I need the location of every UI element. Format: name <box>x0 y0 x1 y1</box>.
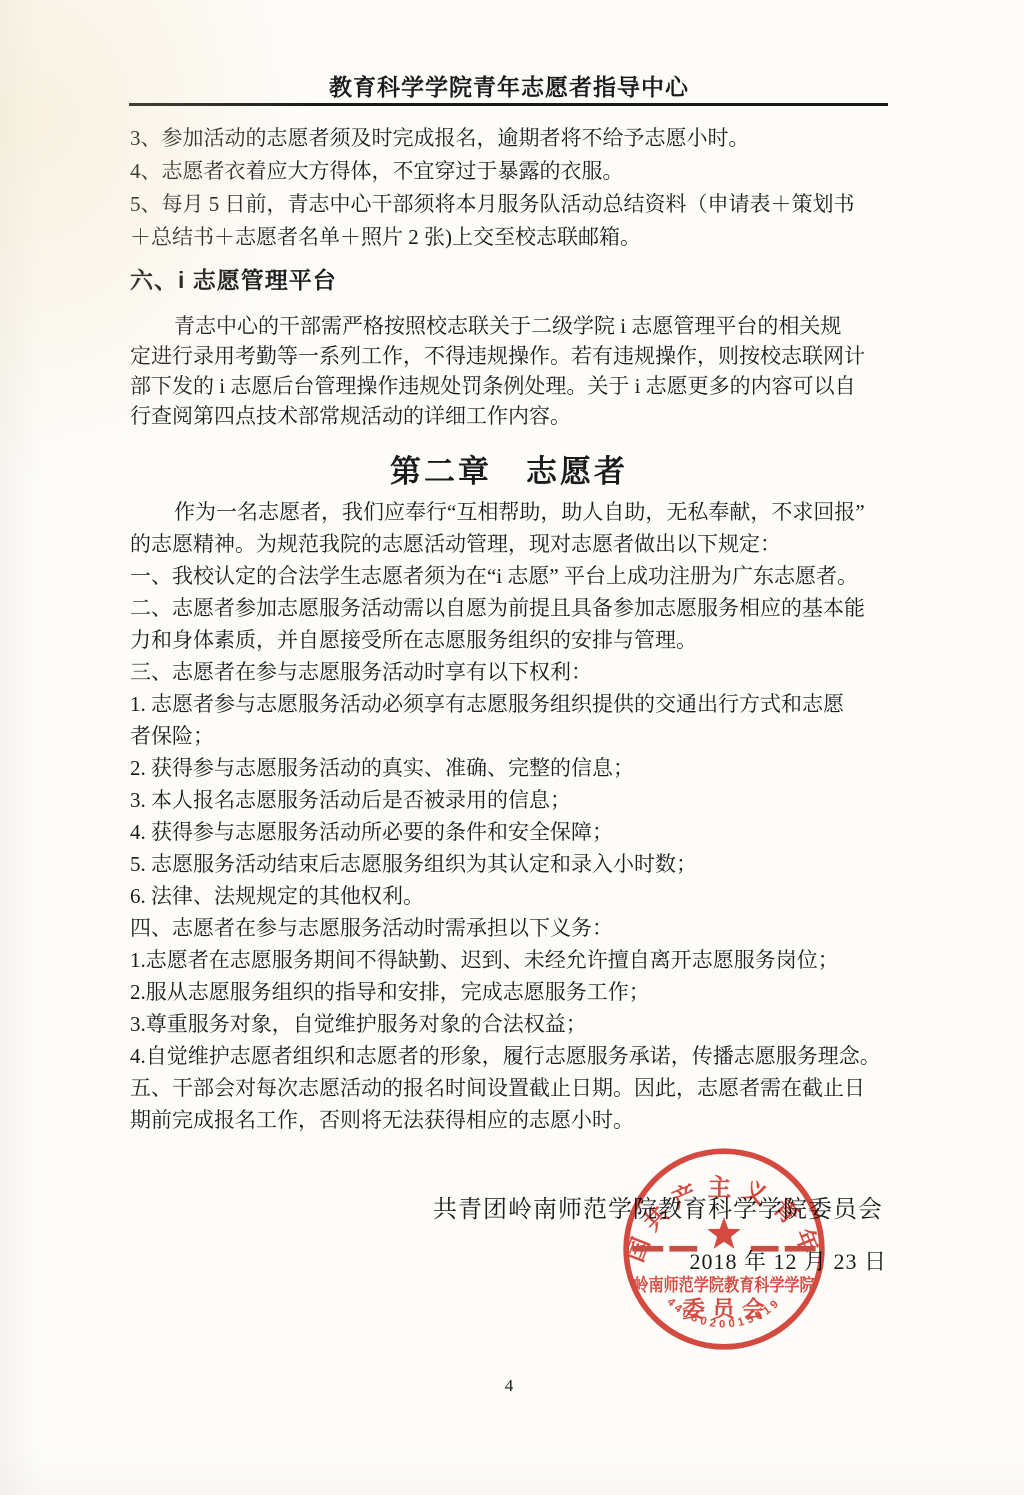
chapter-two-body: 作为一名志愿者，我们应奉行“互相帮助，助人自助，无私奉献，不求回报”的志愿精神。… <box>130 496 900 1136</box>
document-page: 教育科学学院青年志愿者指导中心 3、参加活动的志愿者须及时完成报名，逾期者将不给… <box>0 0 1024 1495</box>
text-line: 的志愿精神。为规范我院的志愿活动管理，现对志愿者做出以下规定： <box>130 528 900 560</box>
text-line: 作为一名志愿者，我们应奉行“互相帮助，助人自助，无私奉献，不求回报” <box>130 496 900 528</box>
text-line: 3、参加活动的志愿者须及时完成报名，逾期者将不给予志愿小时。 <box>130 122 900 155</box>
text-line: 4、志愿者衣着应大方得体，不宜穿过于暴露的衣服。 <box>130 155 900 188</box>
text-line: 5、每月 5 日前，青志中心干部须将本月服务队活动总结资料（申请表＋策划书 <box>130 188 900 221</box>
text-line: ＋总结书＋志愿者名单＋照片 2 张)上交至校志联邮箱。 <box>130 221 900 254</box>
text-line: 期前完成报名工作，否则将无法获得相应的志愿小时。 <box>130 1104 900 1136</box>
chapter-two-heading: 第二章 志愿者 <box>130 446 888 491</box>
text-line: 4. 获得参与志愿服务活动所必要的条件和安全保障； <box>130 816 900 848</box>
text-line: 青志中心的干部需严格按照校志联关于二级学院 i 志愿管理平台的相关规 <box>130 311 900 341</box>
text-line: 4.自觉维护志愿者组织和志愿者的形象，履行志愿服务承诺，传播志愿服务理念。 <box>130 1040 900 1072</box>
official-seal: 中国共产主义青年团 岭南师范学院教育科学学院 委员会 4408020015019 <box>621 1146 827 1352</box>
seal-graphic: 中国共产主义青年团 岭南师范学院教育科学学院 委员会 4408020015019 <box>621 1146 827 1352</box>
text-line: 三、志愿者在参与志愿服务活动时享有以下权利： <box>130 656 900 688</box>
header-rule <box>129 103 888 106</box>
text-line: 1.志愿者在志愿服务期间不得缺勤、迟到、未经允许擅自离开志愿服务岗位； <box>130 944 900 976</box>
seal-right-bar <box>785 1246 816 1252</box>
text-line: 6. 法律、法规规定的其他权利。 <box>130 880 900 912</box>
text-line: 3.尊重服务对象，自觉维护服务对象的合法权益； <box>130 1008 900 1040</box>
section-six-paragraph: 青志中心的干部需严格按照校志联关于二级学院 i 志愿管理平台的相关规定进行录用考… <box>130 311 900 431</box>
text-line: 行查阅第四点技术部常规活动的详细工作内容。 <box>130 401 900 431</box>
text-line: 定进行录用考勤等一系列工作，不得违规操作。若有违规操作，则按校志联网计 <box>130 341 900 371</box>
text-line: 四、志愿者在参与志愿服务活动时需承担以下义务： <box>130 912 900 944</box>
text-line: 2. 获得参与志愿服务活动的真实、准确、完整的信息； <box>130 752 900 784</box>
seal-right-bar <box>751 1246 779 1252</box>
text-line: 一、我校认定的合法学生志愿者须为在“i 志愿” 平台上成功注册为广东志愿者。 <box>130 560 900 592</box>
text-line: 力和身体素质，并自愿接受所在志愿服务组织的安排与管理。 <box>130 624 900 656</box>
seal-left-bar <box>669 1246 697 1252</box>
seal-left-bar <box>632 1246 663 1252</box>
page-number: 4 <box>130 1376 888 1396</box>
text-line: 部下发的 i 志愿后台管理操作违规处罚条例处理。关于 i 志愿更多的内容可以自 <box>130 371 900 401</box>
top-list: 3、参加活动的志愿者须及时完成报名，逾期者将不给予志愿小时。4、志愿者衣着应大方… <box>130 122 900 254</box>
page-header-title: 教育科学学院青年志愿者指导中心 <box>130 69 888 102</box>
text-line: 二、志愿者参加志愿服务活动需以自愿为前提且具备参加志愿服务相应的基本能 <box>130 592 900 624</box>
text-line: 1. 志愿者参与志愿服务活动必须享有志愿服务组织提供的交通出行方式和志愿 <box>130 688 900 720</box>
text-line: 5. 志愿服务活动结束后志愿服务组织为其认定和录入小时数； <box>130 848 900 880</box>
text-line: 者保险； <box>130 720 900 752</box>
text-line: 2.服从志愿服务组织的指导和安排，完成志愿服务工作； <box>130 976 900 1008</box>
text-line: 3. 本人报名志愿服务活动后是否被录用的信息； <box>130 784 900 816</box>
star-icon <box>707 1217 740 1249</box>
section-six-heading: 六、i 志愿管理平台 <box>130 262 337 295</box>
seal-org-text: 岭南师范学院教育科学学院 <box>633 1275 815 1295</box>
text-line: 五、干部会对每次志愿活动的报名时间设置截止日期。因此，志愿者需在截止日 <box>130 1072 900 1104</box>
